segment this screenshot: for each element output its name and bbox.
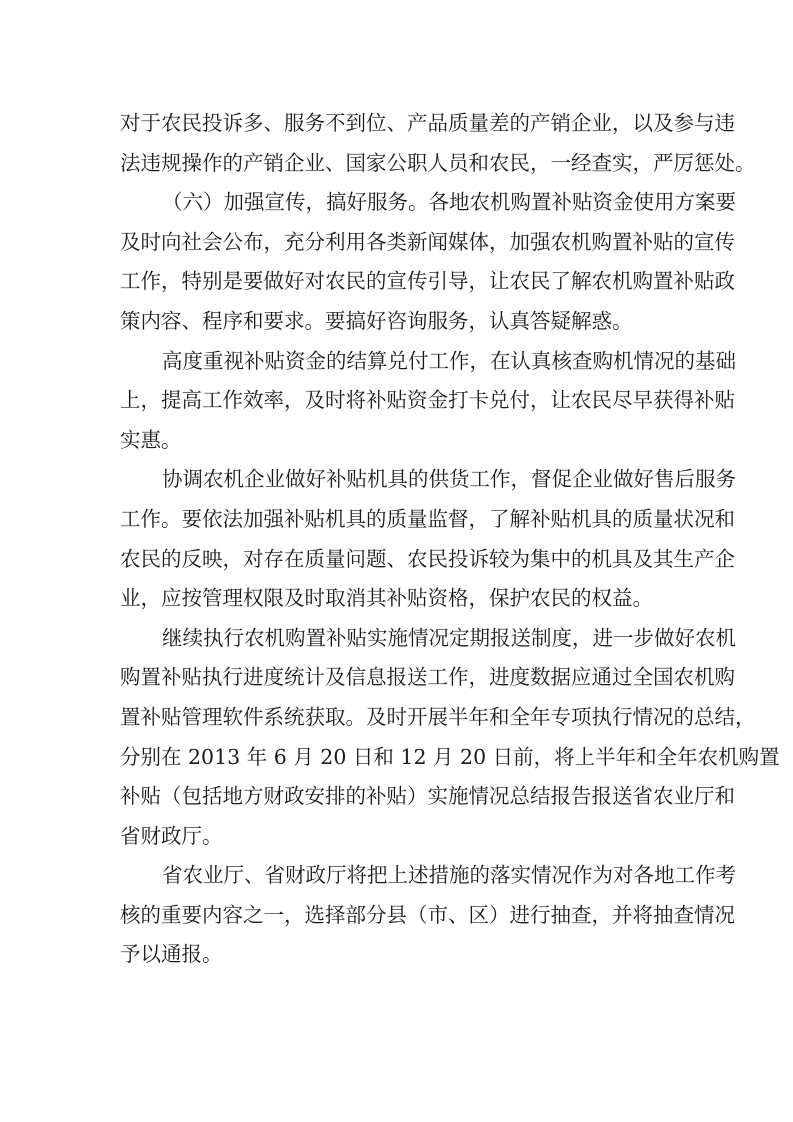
text-line: 业，应按管理权限及时取消其补贴资格，保护农民的权益。 xyxy=(120,579,676,619)
text-line: 及时向社会公布，充分利用各类新闻媒体，加强农机购置补贴的宣传 xyxy=(120,223,676,263)
text-line: 置补贴管理软件系统获取。及时开展半年和全年专项执行情况的总结， xyxy=(120,698,676,738)
paragraph-penalties: 对于农民投诉多、服务不到位、产品质量差的产销企业，以及参与违 法违规操作的产销企… xyxy=(120,104,676,183)
text-line: 上，提高工作效率，及时将补贴资金打卡兑付，让农民尽早获得补贴 xyxy=(120,381,676,421)
text-line: 省财政厅。 xyxy=(120,817,676,857)
text-line: 购置补贴执行进度统计及信息报送工作，进度数据应通过全国农机购 xyxy=(120,658,676,698)
text-line: 策内容、程序和要求。要搞好咨询服务，认真答疑解惑。 xyxy=(120,302,676,342)
text-line: 法违规操作的产销企业、国家公职人员和农民，一经查实，严厉惩处。 xyxy=(120,144,676,184)
text-line: 继续执行农机购置补贴实施情况定期报送制度，进一步做好农机 xyxy=(120,619,676,659)
paragraph-publicity-service: （六）加强宣传，搞好服务。各地农机购置补贴资金使用方案要 及时向社会公布，充分利… xyxy=(120,183,676,341)
text-line: 予以通报。 xyxy=(120,935,676,975)
text-line: 协调农机企业做好补贴机具的供货工作，督促企业做好售后服务 xyxy=(120,460,676,500)
text-line: 核的重要内容之一，选择部分县（市、区）进行抽查，并将抽查情况 xyxy=(120,896,676,936)
text-line: 省农业厅、省财政厅将把上述措施的落实情况作为对各地工作考 xyxy=(120,856,676,896)
text-line: 高度重视补贴资金的结算兑付工作，在认真核查购机情况的基础 xyxy=(120,342,676,382)
paragraph-supply-quality: 协调农机企业做好补贴机具的供货工作，督促企业做好售后服务 工作。要依法加强补贴机… xyxy=(120,460,676,618)
text-line: 实惠。 xyxy=(120,421,676,461)
text-line: 对于农民投诉多、服务不到位、产品质量差的产销企业，以及参与违 xyxy=(120,104,676,144)
text-line: 农民的反映，对存在质量问题、农民投诉较为集中的机具及其生产企 xyxy=(120,540,676,580)
paragraph-settlement: 高度重视补贴资金的结算兑付工作，在认真核查购机情况的基础 上，提高工作效率，及时… xyxy=(120,342,676,461)
text-line: 补贴（包括地方财政安排的补贴）实施情况总结报告报送省农业厅和 xyxy=(120,777,676,817)
text-line: 分别在 2013 年 6 月 20 日和 12 月 20 日前，将上半年和全年农… xyxy=(120,738,676,778)
text-line: （六）加强宣传，搞好服务。各地农机购置补贴资金使用方案要 xyxy=(120,183,676,223)
text-line: 工作。要依法加强补贴机具的质量监督，了解补贴机具的质量状况和 xyxy=(120,500,676,540)
paragraph-inspection: 省农业厅、省财政厅将把上述措施的落实情况作为对各地工作考 核的重要内容之一，选择… xyxy=(120,856,676,975)
text-line: 工作，特别是要做好对农民的宣传引导，让农民了解农机购置补贴政 xyxy=(120,262,676,302)
document-page: 对于农民投诉多、服务不到位、产品质量差的产销企业，以及参与违 法违规操作的产销企… xyxy=(120,104,676,975)
paragraph-reporting: 继续执行农机购置补贴实施情况定期报送制度，进一步做好农机 购置补贴执行进度统计及… xyxy=(120,619,676,857)
